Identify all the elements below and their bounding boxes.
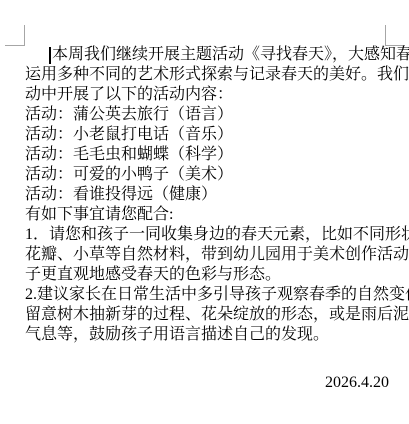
document-text-area[interactable]: 本周我们继续开展主题活动《寻找春天》，大感知春日气息， 运用多种不同的艺术形式探… [25,45,389,393]
activity-line-science[interactable]: 活动：毛毛虫和蝴蝶（科学） [25,145,389,165]
cooperation-heading-line[interactable]: 有如下事宜请您配合: [25,205,389,225]
margin-corner-mark-top-right [385,25,405,46]
paragraph-line[interactable]: 本周我们继续开展主题活动《寻找春天》，大感知春日气息， [25,45,389,65]
text-cursor [49,47,51,64]
request-1-line[interactable]: 花瓣、小草等自然材料，带到幼儿园用于美术创作活动，帮助孩 [25,245,389,265]
margin-corner-mark-top-left [5,25,25,46]
activity-line-music[interactable]: 活动：小老鼠打电话（音乐） [25,125,389,145]
document-page: 本周我们继续开展主题活动《寻找春天》，大感知春日气息， 运用多种不同的艺术形式探… [0,0,409,424]
activity-line-health[interactable]: 活动：看谁投得远（健康） [25,185,389,205]
paragraph-line[interactable]: 运用多种不同的艺术形式探索与记录春天的美好。我们在主题活 [25,65,389,85]
activity-line-art[interactable]: 活动：可爱的小鸭子（美术） [25,165,389,185]
paragraph-line[interactable]: 动中开展了以下的活动内容： [25,85,389,105]
request-2-line[interactable]: 气息等，鼓励孩子用语言描述自己的发现。 [25,325,389,345]
request-1-line[interactable]: 1．请您和孩子一同收集身边的春天元素，比如不同形状的树叶、 [25,225,389,245]
request-2-line[interactable]: 留意树木抽新芽的过程、花朵绽放的形态，或是雨后泥土的湿润 [25,305,389,325]
request-2-line[interactable]: 2.建议家长在日常生活中多引导孩子观察春季的自然变化，例如 [25,285,389,305]
date-line[interactable]: 2026.4.20 [25,373,389,393]
activity-line-language[interactable]: 活动：蒲公英去旅行（语言） [25,105,389,125]
request-1-line[interactable]: 子更直观地感受春天的色彩与形态。 [25,265,389,285]
